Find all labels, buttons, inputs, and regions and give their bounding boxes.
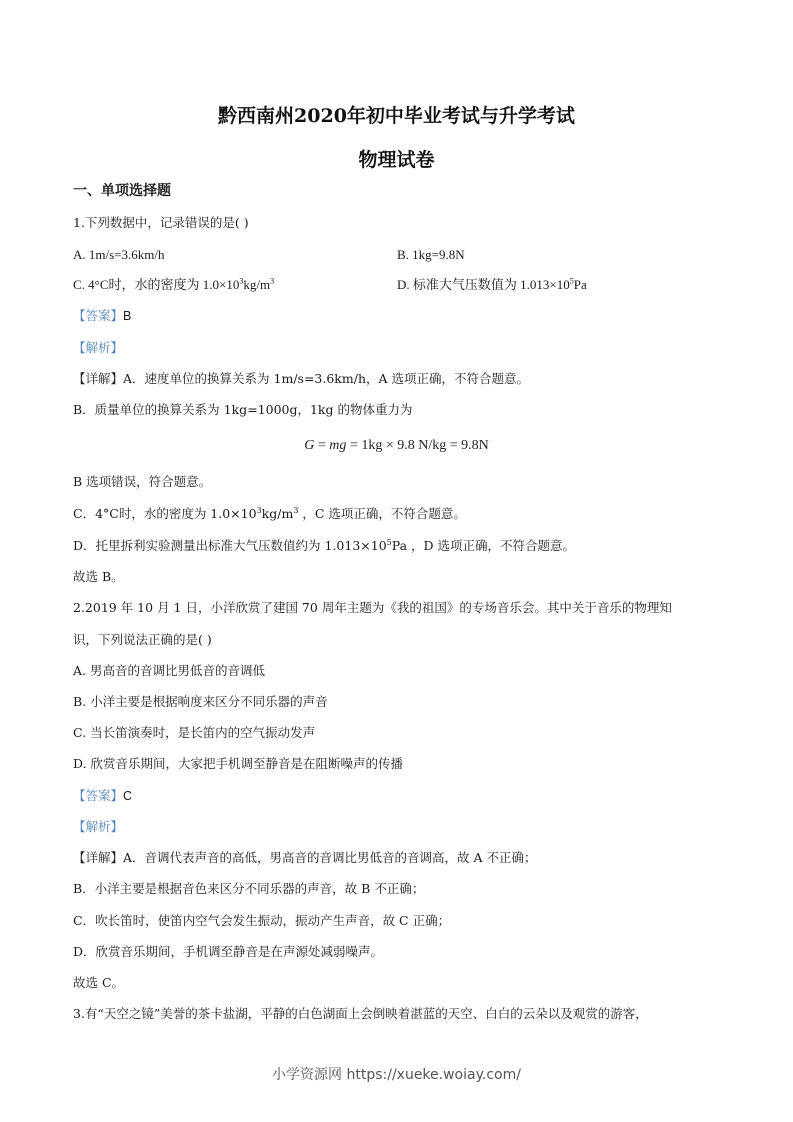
q2-detail-c: C．吹长笛时，使笛内空气会发生振动，振动产生声音，故 C 正确； bbox=[73, 913, 450, 929]
q2-option-b: B. 小洋主要是根据响度来区分不同乐器的声音 bbox=[73, 694, 328, 710]
exam-title: 黔西南州2020年初中毕业考试与升学考试 bbox=[0, 101, 793, 128]
answer-label: 【答案】 bbox=[73, 788, 123, 803]
section-heading: 一、单项选择题 bbox=[73, 183, 171, 199]
q1-option-c: C. 4°C时，水的密度为 1.0×103kg/m3 bbox=[73, 277, 274, 293]
q1-detail-d: D．托里拆利实验测量出标准大气压数值约为 1.013×105Pa ，D 选项正确… bbox=[73, 538, 575, 554]
q2-answer: 【答案】C bbox=[73, 788, 132, 804]
q2-stem-line2: 识，下列说法正确的是( ) bbox=[73, 632, 212, 648]
answer-value: B bbox=[123, 309, 131, 323]
q1-option-a: A. 1m/s=3.6km/h bbox=[73, 247, 164, 263]
q1-analysis-label: 【解析】 bbox=[73, 340, 123, 356]
q1-option-b: B. 1kg=9.8N bbox=[397, 247, 465, 263]
q1-stem: 1.下列数据中，记录错误的是( ) bbox=[73, 215, 249, 231]
q2-detail-b: B．小洋主要是根据音色来区分不同乐器的声音，故 B 不正确； bbox=[73, 881, 424, 897]
q2-detail-d: D．欣赏音乐期间，手机调至静音是在声源处减弱噪声。 bbox=[73, 944, 383, 960]
q1-conclusion: 故选 B。 bbox=[73, 569, 124, 585]
q2-conclusion: 故选 C。 bbox=[73, 975, 124, 991]
q2-stem-line1: 2.2019 年 10 月 1 日，小洋欣赏了建国 70 周年主题为《我的祖国》… bbox=[73, 600, 672, 616]
q2-option-a: A. 男高音的音调比男低音的音调低 bbox=[73, 663, 265, 679]
document-page: 黔西南州2020年初中毕业考试与升学考试 物理试卷 一、单项选择题 1.下列数据… bbox=[0, 0, 793, 1122]
exam-subtitle: 物理试卷 bbox=[0, 145, 793, 172]
q2-analysis-label: 【解析】 bbox=[73, 819, 123, 835]
q2-detail-a: 【详解】A．音调代表声音的高低，男高音的音调比男低音的音调高，故 A 不正确； bbox=[73, 850, 537, 866]
watermark-footer: 小学资源网 https://xueke.woiay.com/ bbox=[0, 1064, 793, 1084]
q1-formula: G = mg = 1kg × 9.8 N/kg = 9.8N bbox=[0, 438, 793, 454]
q1-detail-b2: B 选项错误，符合题意。 bbox=[73, 474, 211, 490]
q1-option-d: D. 标准大气压数值为 1.013×105Pa bbox=[397, 277, 587, 293]
q1-answer: 【答案】B bbox=[73, 308, 131, 324]
answer-label: 【答案】 bbox=[73, 308, 123, 323]
q1-detail-c: C．4°C时，水的密度为 1.0×103kg/m3 ，C 选项正确，不符合题意。 bbox=[73, 506, 466, 522]
answer-value: C bbox=[123, 789, 132, 803]
q1-detail-b: B．质量单位的换算关系为 1kg=1000g，1kg 的物体重力为 bbox=[73, 402, 412, 418]
q1-detail-a: 【详解】A．速度单位的换算关系为 1m/s=3.6km/h，A 选项正确，不符合… bbox=[73, 371, 529, 387]
q3-stem-line1: 3.有“天空之镜”美誉的茶卡盐湖，平静的白色湖面上会倒映着湛蓝的天空、白白的云朵… bbox=[73, 1006, 648, 1022]
q2-option-c: C. 当长笛演奏时，是长笛内的空气振动发声 bbox=[73, 725, 315, 741]
q2-option-d: D. 欣赏音乐期间，大家把手机调至静音是在阻断噪声的传播 bbox=[73, 756, 403, 772]
